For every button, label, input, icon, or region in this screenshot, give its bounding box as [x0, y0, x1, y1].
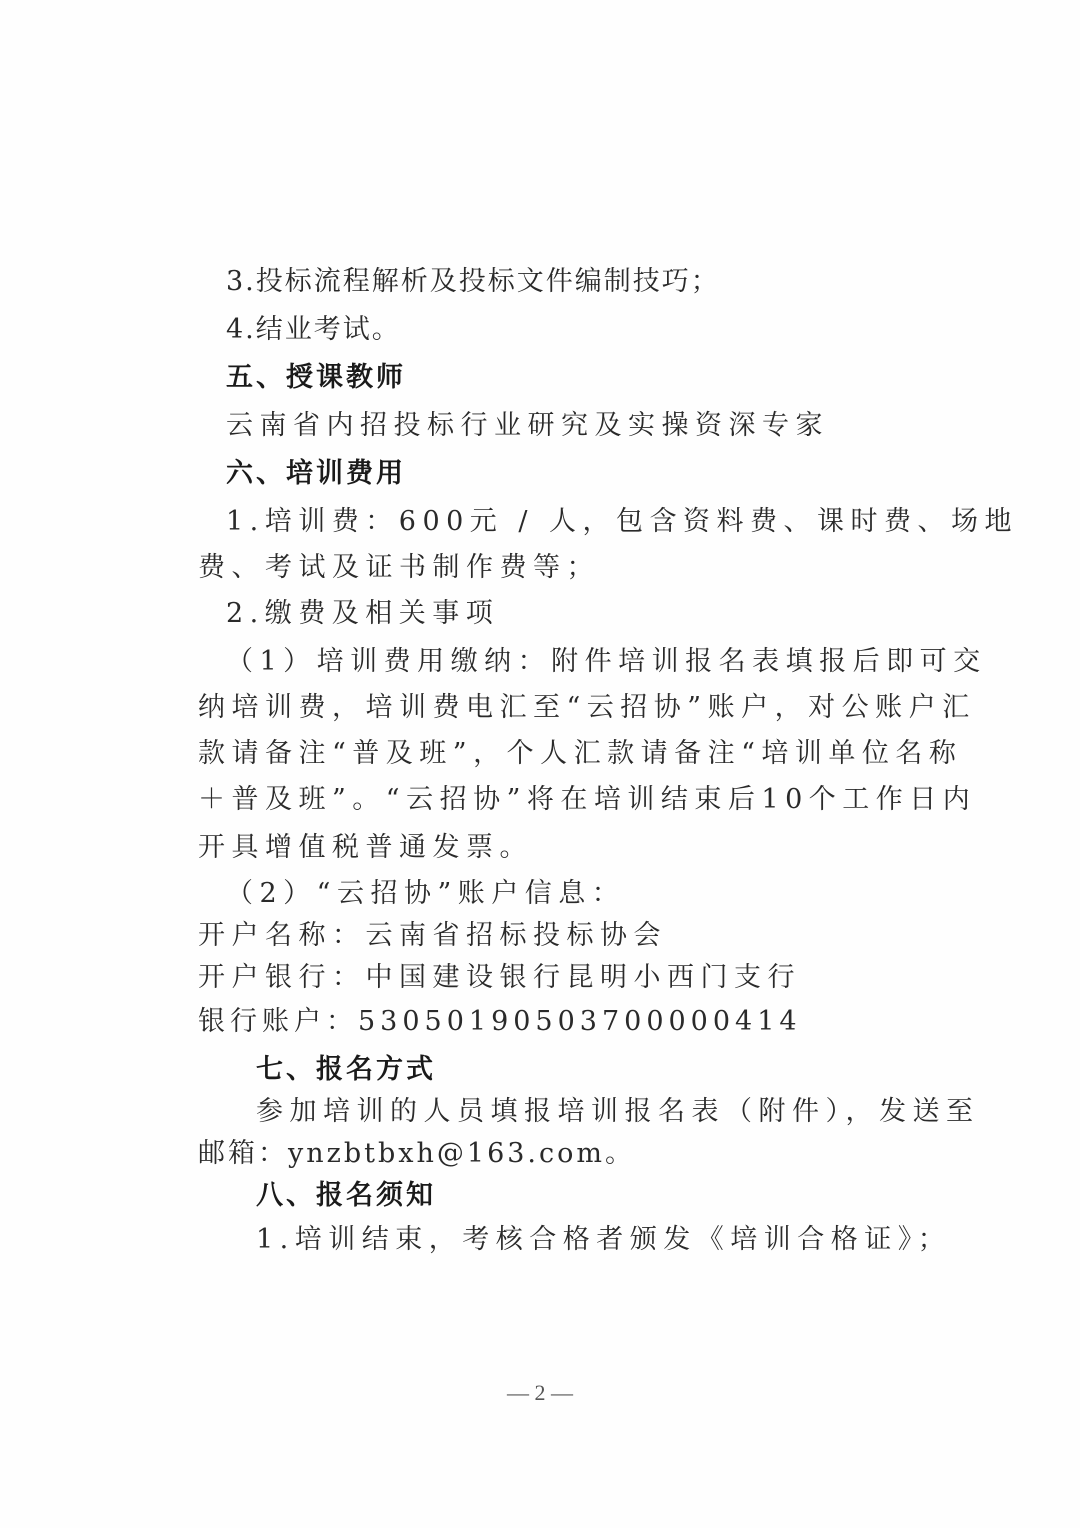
fee-item-1-line-1: 1.培训费：600元 / 人，包含资料费、课时费、场地: [226, 508, 1018, 535]
section-8-item-1: 1.培训结束，考核合格者颁发《培训合格证》；: [256, 1226, 951, 1253]
account-bank: 开户银行：中国建设银行昆明小西门支行: [198, 964, 801, 991]
section-8-heading: 八、报名须知: [256, 1182, 436, 1209]
section-6-heading: 六、培训费用: [226, 460, 406, 487]
section-5-heading: 五、授课教师: [226, 364, 406, 391]
fee-item-2: 2.缴费及相关事项: [226, 600, 499, 627]
section-7-line-1: 参加培训的人员填报培训报名表（附件），发送至: [256, 1098, 980, 1125]
payment-line-1: （1）培训费用缴纳：附件培训报名表填报后即可交: [226, 648, 987, 675]
section-7-email-line: 邮箱：ynzbtbxh@163.com。: [198, 1140, 635, 1167]
section-7-heading: 七、报名方式: [256, 1056, 436, 1083]
page-number: — 2 —: [0, 1380, 1080, 1406]
payment-line-3: 款请备注“普及班”，个人汇款请备注“培训单位名称: [198, 740, 962, 767]
section-5-body: 云南省内招投标行业研究及实操资深专家: [226, 412, 829, 439]
payment-line-5: 开具增值税普通发票。: [198, 834, 533, 861]
account-name: 开户名称：云南省招标投标协会: [198, 922, 667, 949]
payment-line-2: 纳培训费，培训费电汇至“云招协”账户，对公账户汇: [198, 694, 976, 721]
document-page: 3.投标流程解析及投标文件编制技巧； 4.结业考试。 五、授课教师 云南省内招投…: [0, 0, 1080, 1528]
list-item-4: 4.结业考试。: [226, 316, 401, 343]
account-info-heading: （2）“云招协”账户信息：: [226, 880, 625, 907]
fee-item-1-line-2: 费、考试及证书制作费等；: [198, 554, 600, 581]
payment-line-4: ＋普及班”。“云招协”将在培训结束后10个工作日内: [198, 786, 976, 813]
account-number: 银行账户：53050190503700000414: [198, 1008, 802, 1035]
list-item-3: 3.投标流程解析及投标文件编制技巧；: [226, 268, 720, 295]
